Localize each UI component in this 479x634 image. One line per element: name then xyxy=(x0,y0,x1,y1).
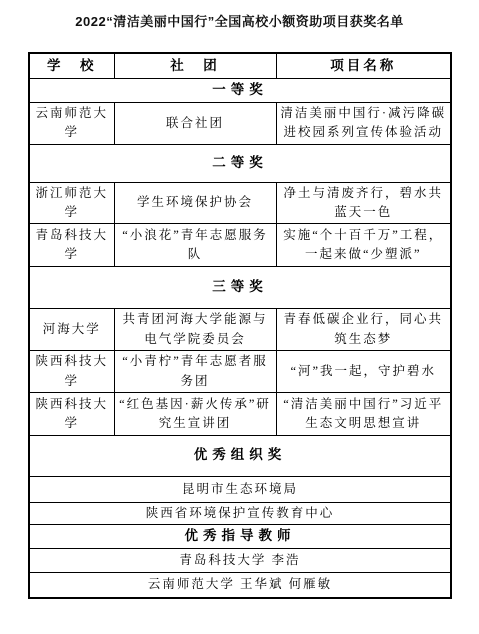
cell-advisor: 青岛科技大学 李浩 xyxy=(29,549,451,573)
table-row: 青岛科技大学 李浩 xyxy=(29,549,451,573)
section-outstanding-advisor: 优秀指导教师 xyxy=(29,525,451,549)
cell-organization: 昆明市生态环境局 xyxy=(29,476,451,502)
cell-advisor: 云南师范大学 王华斌 何雁敏 xyxy=(29,573,451,598)
cell-school: 青岛科技大学 xyxy=(29,224,114,267)
table-header-row: 学 校 社 团 项目名称 xyxy=(29,53,451,79)
cell-project: “河”我一起，守护碧水 xyxy=(276,351,451,393)
document-title: 2022“清洁美丽中国行”全国高校小额资助项目获奖名单 xyxy=(0,11,479,30)
cell-school: 陕西科技大学 xyxy=(29,392,114,435)
document-page: 2022“清洁美丽中国行”全国高校小额资助项目获奖名单 学 校 社 团 项目名称… xyxy=(0,0,479,634)
table-row: 青岛科技大学 “小浪花”青年志愿服务队 实施“个十百千万”工程，一起来做“少塑派… xyxy=(29,224,451,267)
section-label: 三等奖 xyxy=(29,267,451,309)
section-second-prize: 二等奖 xyxy=(29,144,451,182)
cell-club: “红色基因·薪火传承”研究生宣讲团 xyxy=(114,392,276,435)
table-row: 陕西科技大学 “红色基因·薪火传承”研究生宣讲团 “清洁美丽中国行”习近平生态文… xyxy=(29,392,451,435)
cell-club: 共青团河海大学能源与电气学院委员会 xyxy=(114,309,276,351)
cell-project: 青春低碳企业行，同心共筑生态梦 xyxy=(276,309,451,351)
cell-school: 河海大学 xyxy=(29,309,114,351)
table-row: 陕西科技大学 “小青柠”青年志愿者服务团 “河”我一起，守护碧水 xyxy=(29,351,451,393)
section-third-prize: 三等奖 xyxy=(29,267,451,309)
table-row: 陕西省环境保护宣传教育中心 xyxy=(29,502,451,524)
cell-school: 云南师范大学 xyxy=(29,102,114,144)
col-header-project: 项目名称 xyxy=(276,53,451,79)
cell-club: “小青柠”青年志愿者服务团 xyxy=(114,351,276,393)
cell-project: 净土与清废齐行，碧水共蓝天一色 xyxy=(276,182,451,224)
table-row: 河海大学 共青团河海大学能源与电气学院委员会 青春低碳企业行，同心共筑生态梦 xyxy=(29,309,451,351)
table-row: 浙江师范大学 学生环境保护协会 净土与清废齐行，碧水共蓝天一色 xyxy=(29,182,451,224)
cell-project: 实施“个十百千万”工程，一起来做“少塑派” xyxy=(276,224,451,267)
section-label: 优秀指导教师 xyxy=(29,525,451,549)
cell-project: “清洁美丽中国行”习近平生态文明思想宣讲 xyxy=(276,392,451,435)
section-first-prize: 一等奖 xyxy=(29,79,451,103)
section-label: 二等奖 xyxy=(29,144,451,182)
cell-school: 浙江师范大学 xyxy=(29,182,114,224)
col-header-school: 学 校 xyxy=(29,53,114,79)
cell-club: “小浪花”青年志愿服务队 xyxy=(114,224,276,267)
section-label: 一等奖 xyxy=(29,79,451,103)
section-label: 优秀组织奖 xyxy=(29,435,451,476)
col-header-club: 社 团 xyxy=(114,53,276,79)
cell-project: 清洁美丽中国行·减污降碳进校园系列宣传体验活动 xyxy=(276,102,451,144)
awards-table: 学 校 社 团 项目名称 一等奖 云南师范大学 联合社团 清洁美丽中国行·减污降… xyxy=(28,52,452,599)
table-row: 云南师范大学 王华斌 何雁敏 xyxy=(29,573,451,598)
cell-organization: 陕西省环境保护宣传教育中心 xyxy=(29,502,451,524)
table-row: 云南师范大学 联合社团 清洁美丽中国行·减污降碳进校园系列宣传体验活动 xyxy=(29,102,451,144)
cell-club: 学生环境保护协会 xyxy=(114,182,276,224)
cell-school: 陕西科技大学 xyxy=(29,351,114,393)
section-outstanding-organization: 优秀组织奖 xyxy=(29,435,451,476)
cell-club: 联合社团 xyxy=(114,102,276,144)
table-row: 昆明市生态环境局 xyxy=(29,476,451,502)
